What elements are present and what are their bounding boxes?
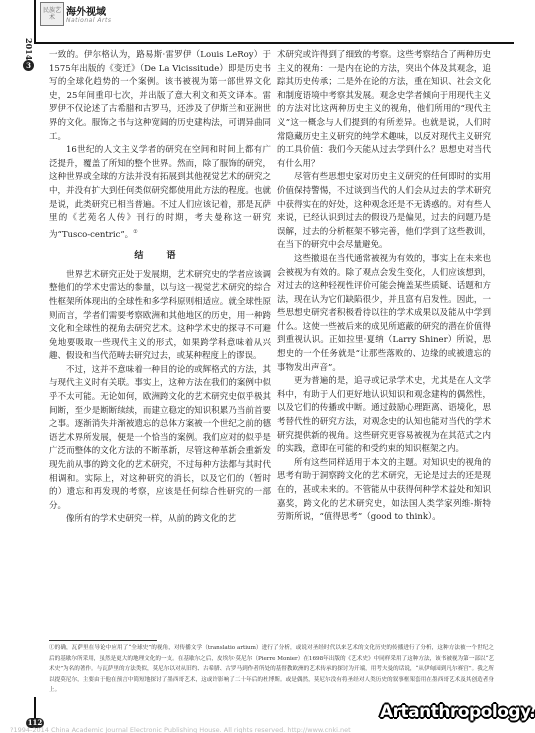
paragraph: 更为普遍的是，追寻或记录学术史，尤其是在人文学科中，有助于人们更好地认识知识和观… xyxy=(277,375,491,457)
section-heading-conclusion: 结 语 xyxy=(49,250,271,264)
footnote: ①的确，瓦萨里在导论中应用了“全球史”的视角，对传播文学（translatio … xyxy=(49,643,494,696)
paragraph: 术研究或许得到了细致的考察。这些考察结合了两种历史主义的视角：一是内在论的方法，… xyxy=(277,49,491,171)
paragraph: 尽管有些思想史家对历史主义研究的任何即时的实用价值保持警惕，不过谈到当代的人们会… xyxy=(277,171,491,253)
watermark: Artanthropology.com xyxy=(380,702,535,722)
section-header-title: 海外视域 xyxy=(66,3,106,18)
paragraph: 16世纪的人文主义学者的研究在空间和时间上都有广泛提升，覆盖了所知的整个世界。然… xyxy=(49,144,271,242)
footnote-divider xyxy=(49,640,157,641)
paragraph: 这些撤退在当代通常被视为有效的，事实上在未来也会被视为有效的。除了观点会发生变化… xyxy=(277,253,491,375)
section-header-subtitle: National Arts xyxy=(66,17,111,24)
paragraph: 像所有的学术史研究一样，从前的跨文化的艺 xyxy=(49,513,271,527)
footnote-ref[interactable]: ① xyxy=(133,229,137,235)
margin-rule-top xyxy=(34,0,36,42)
journal-logo: 民族艺术 xyxy=(40,2,64,26)
paragraph: 世界艺术研究正处于发展期，艺术研究史的学者应该调整他们的学术史雷达的参量，以与这… xyxy=(49,269,271,364)
right-column: 术研究或许得到了细致的考察。这些考察结合了两种历史主义的视角：一是内在论的方法，… xyxy=(277,49,491,525)
paragraph: 一致的。伊尔格认为，路易斯·雷罗伊（Louis LeRoy）于1575年出版的《… xyxy=(49,49,271,144)
issue-badge: 3 xyxy=(23,60,34,71)
paragraph: 不过，这并不意味着一种目的论的或辉格式的方法，其与现代主义时有关联。事实上，这种… xyxy=(49,364,271,514)
copyright-notice: ?1994-2014 China Academic Journal Electr… xyxy=(10,726,351,733)
margin-year: 2014 xyxy=(24,38,34,60)
left-column: 一致的。伊尔格认为，路易斯·雷罗伊（Louis LeRoy）于1575年出版的《… xyxy=(49,49,271,527)
header-divider xyxy=(34,42,514,44)
paragraph: 所有这些同样适用于本文的主题。对知识史的视角的思考有助于洞察跨文化的艺术研究，无… xyxy=(277,457,491,525)
